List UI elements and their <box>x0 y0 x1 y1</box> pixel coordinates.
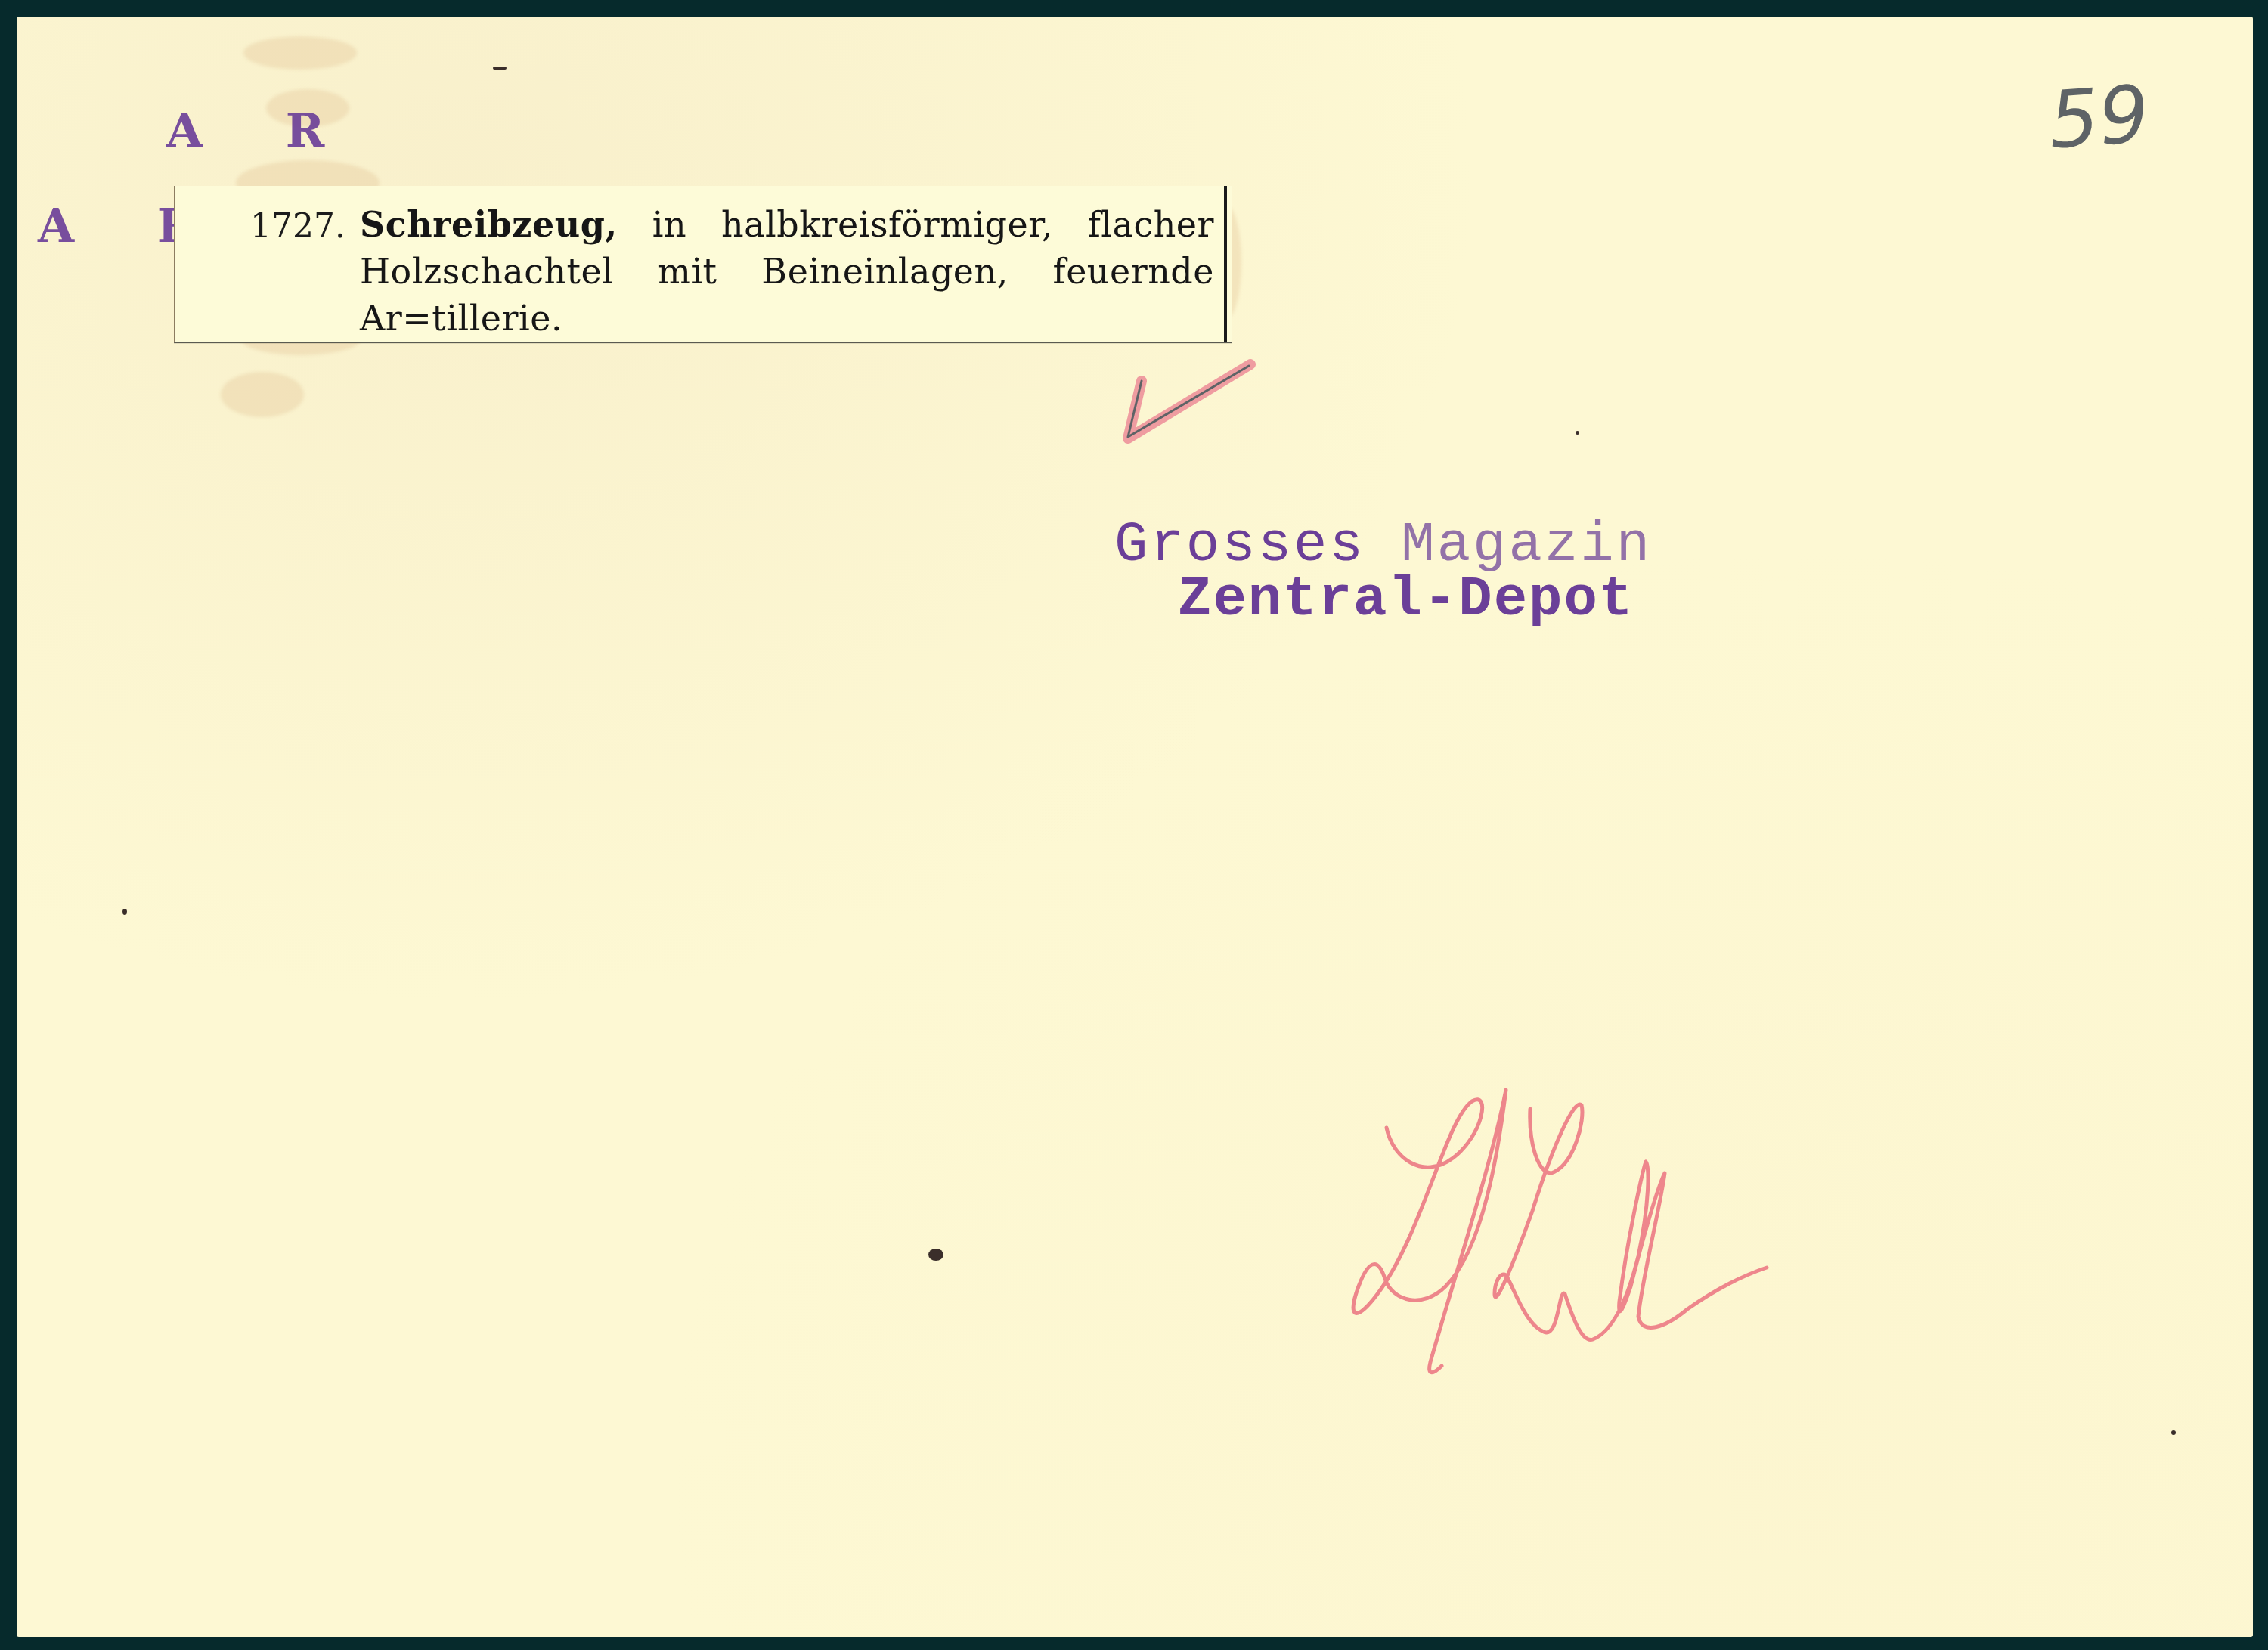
ink-speck <box>122 909 127 915</box>
depot-stamp-line2: Zentral-Depot <box>1114 573 1652 627</box>
glue-stain <box>221 372 304 417</box>
catalog-clipping: 1727. Schreibzeug, in halbkreisförmiger,… <box>174 186 1232 343</box>
ink-speck <box>2171 1430 2176 1435</box>
signature-icon <box>1332 1060 1952 1392</box>
inventory-card: A R A R 1727. Schreibzeug, in halbkreisf… <box>17 17 2253 1637</box>
ink-speck <box>493 67 507 70</box>
glue-stain <box>243 36 357 70</box>
depot-stamp-line1: Grosses Magazin <box>1114 519 1652 573</box>
ink-speck <box>928 1249 943 1261</box>
catalog-description: Schreibzeug, in halbkreisförmiger, flach… <box>360 201 1214 342</box>
clipping-rule <box>1224 186 1227 342</box>
catalog-number: 1727. <box>250 207 345 246</box>
ink-speck <box>1576 431 1579 435</box>
catalog-title: Schreibzeug, <box>360 204 618 245</box>
depot-stamp: Grosses Magazin Zentral-Depot <box>1114 519 1652 627</box>
checkmark-icon <box>1105 334 1272 455</box>
page-number: 59 <box>2046 68 2152 167</box>
ar-stamp-top: A R <box>166 103 358 158</box>
